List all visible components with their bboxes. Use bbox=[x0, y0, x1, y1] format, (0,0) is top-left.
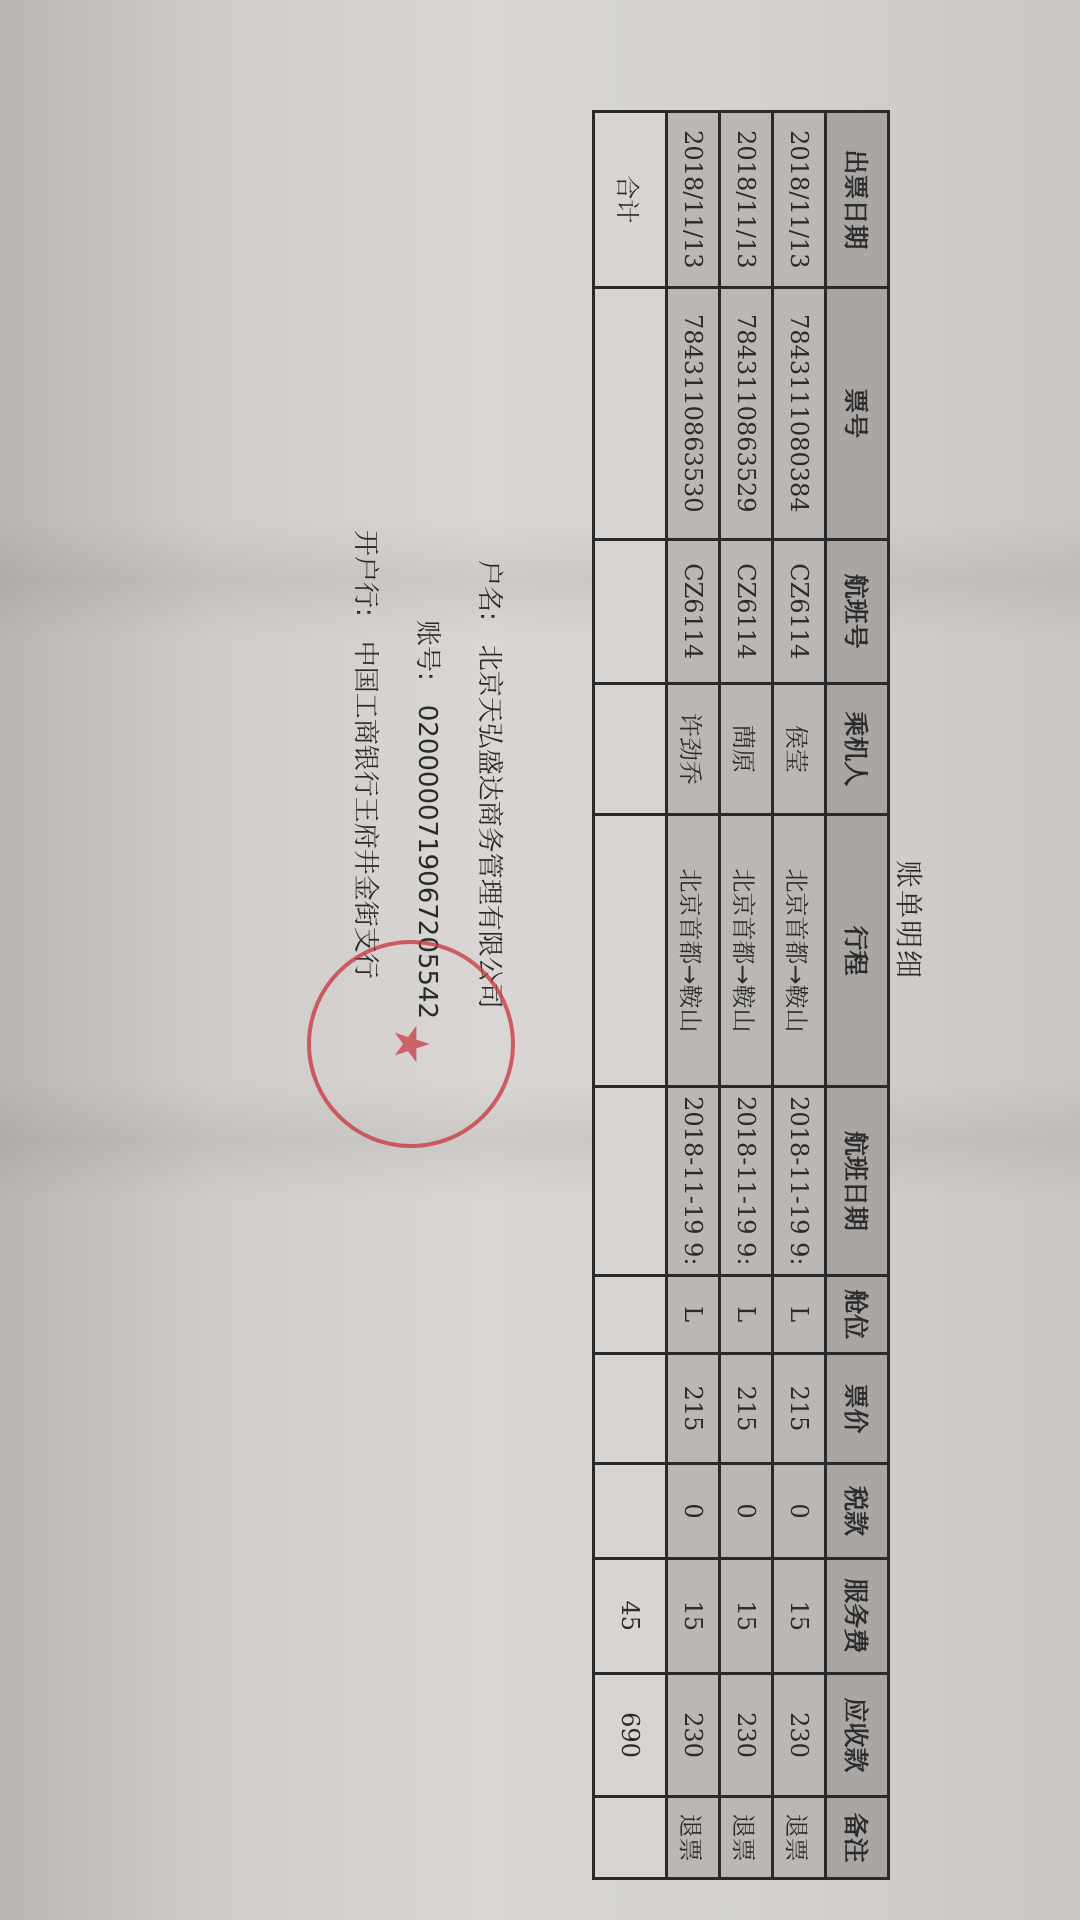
cell-flight-date: 2018-11-19 9: bbox=[667, 1086, 720, 1275]
cell-empty bbox=[594, 539, 667, 683]
cell-service-fee: 15 bbox=[667, 1558, 720, 1673]
cell-fare: 215 bbox=[667, 1353, 720, 1464]
bill-table: 出票日期 票号 航班号 乘机人 行程 航班日期 舱位 票价 税款 服务费 应收款… bbox=[592, 110, 890, 1880]
cell-empty bbox=[594, 1353, 667, 1464]
cell-route: 北京首都→鞍山 bbox=[773, 815, 826, 1086]
cell-passenger: 侯莹 bbox=[773, 683, 826, 815]
company-seal: ★ bbox=[307, 940, 515, 1148]
header-cabin: 舱位 bbox=[826, 1275, 889, 1353]
cell-flight-date: 2018-11-19 9: bbox=[773, 1086, 826, 1275]
cell-service-fee: 15 bbox=[773, 1558, 826, 1673]
cell-ticket-no: 7843110863529 bbox=[720, 287, 773, 539]
table-row: 2018/11/13 7843110863530 CZ6114 许劲乔 北京首都… bbox=[667, 112, 720, 1879]
cell-empty bbox=[594, 1797, 667, 1879]
document-title: 账单明细 bbox=[890, 860, 930, 980]
header-flight-date: 航班日期 bbox=[826, 1086, 889, 1275]
cell-amount-due: 230 bbox=[773, 1673, 826, 1796]
cell-empty bbox=[594, 815, 667, 1086]
total-service-fee: 45 bbox=[594, 1558, 667, 1673]
total-label: 合计 bbox=[594, 112, 667, 288]
cell-cabin: L bbox=[667, 1275, 720, 1353]
cell-cabin: L bbox=[720, 1275, 773, 1353]
cell-empty bbox=[594, 683, 667, 815]
cell-empty bbox=[594, 287, 667, 539]
cell-tax: 0 bbox=[773, 1464, 826, 1558]
cell-tax: 0 bbox=[667, 1464, 720, 1558]
cell-remark: 退票 bbox=[773, 1797, 826, 1879]
total-amount-due: 690 bbox=[594, 1673, 667, 1796]
cell-route: 北京首都→鞍山 bbox=[667, 815, 720, 1086]
header-ticket-no: 票号 bbox=[826, 287, 889, 539]
header-tax: 税款 bbox=[826, 1464, 889, 1558]
cell-issue-date: 2018/11/13 bbox=[667, 112, 720, 288]
cell-service-fee: 15 bbox=[720, 1558, 773, 1673]
cell-remark: 退票 bbox=[720, 1797, 773, 1879]
total-row: 合计 45 690 bbox=[594, 112, 667, 1879]
header-route: 行程 bbox=[826, 815, 889, 1086]
bank-label: 开户行: bbox=[334, 530, 396, 617]
cell-route: 北京首都→鞍山 bbox=[720, 815, 773, 1086]
cell-tax: 0 bbox=[720, 1464, 773, 1558]
table-row: 2018/11/13 7843111080384 CZ6114 侯莹 北京首都→… bbox=[773, 112, 826, 1879]
cell-flight-date: 2018-11-19 9: bbox=[720, 1086, 773, 1275]
cell-amount-due: 230 bbox=[720, 1673, 773, 1796]
account-number-label: 账号: bbox=[396, 620, 458, 681]
cell-flight-no: CZ6114 bbox=[773, 539, 826, 683]
header-remark: 备注 bbox=[826, 1797, 889, 1879]
cell-flight-no: CZ6114 bbox=[667, 539, 720, 683]
cell-cabin: L bbox=[773, 1275, 826, 1353]
header-amount-due: 应收款 bbox=[826, 1673, 889, 1796]
account-name-value: 北京天弘盛达商务管理有限公司 bbox=[474, 645, 504, 1009]
star-icon: ★ bbox=[383, 1022, 439, 1065]
table-header-row: 出票日期 票号 航班号 乘机人 行程 航班日期 舱位 票价 税款 服务费 应收款… bbox=[826, 112, 889, 1879]
account-name-row: 户名:北京天弘盛达商务管理有限公司 bbox=[458, 560, 520, 1019]
header-service-fee: 服务费 bbox=[826, 1558, 889, 1673]
cell-passenger: 蔄原 bbox=[720, 683, 773, 815]
header-issue-date: 出票日期 bbox=[826, 112, 889, 288]
header-flight-no: 航班号 bbox=[826, 539, 889, 683]
cell-flight-no: CZ6114 bbox=[720, 539, 773, 683]
header-fare: 票价 bbox=[826, 1353, 889, 1464]
cell-ticket-no: 7843111080384 bbox=[773, 287, 826, 539]
header-passenger: 乘机人 bbox=[826, 683, 889, 815]
cell-passenger: 许劲乔 bbox=[667, 683, 720, 815]
cell-empty bbox=[594, 1464, 667, 1558]
cell-issue-date: 2018/11/13 bbox=[773, 112, 826, 288]
cell-fare: 215 bbox=[720, 1353, 773, 1464]
cell-amount-due: 230 bbox=[667, 1673, 720, 1796]
bill-document: 账单明细 出票日期 票号 航班号 乘机人 行程 航班日期 舱位 票价 税款 服务… bbox=[0, 60, 1080, 1880]
cell-empty bbox=[594, 1275, 667, 1353]
cell-empty bbox=[594, 1086, 667, 1275]
cell-issue-date: 2018/11/13 bbox=[720, 112, 773, 288]
table-row: 2018/11/13 7843110863529 CZ6114 蔄原 北京首都→… bbox=[720, 112, 773, 1879]
cell-fare: 215 bbox=[773, 1353, 826, 1464]
cell-ticket-no: 7843110863530 bbox=[667, 287, 720, 539]
account-name-label: 户名: bbox=[458, 560, 520, 621]
bank-value: 中国工商银行王府井金街支行 bbox=[350, 641, 380, 979]
cell-remark: 退票 bbox=[667, 1797, 720, 1879]
